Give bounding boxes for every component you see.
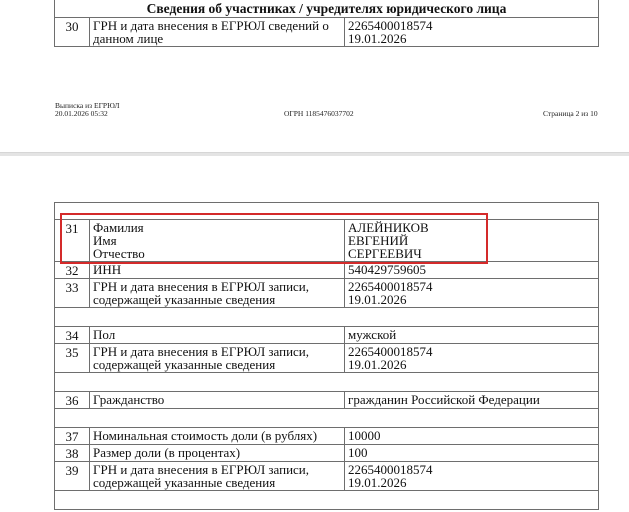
footer-datetime: 20.01.2026 05:32 (55, 110, 120, 118)
table-row-share-percent: 38 Размер доли (в процентах) 100 (55, 445, 599, 462)
row-value: 2265400018574 19.01.2026 (345, 18, 599, 47)
row-label: Номинальная стоимость доли (в рублях) (90, 428, 345, 445)
label-line: содержащей указанные сведения (93, 293, 341, 306)
row-label: Фамилия Имя Отчество (90, 220, 345, 262)
row-label: Размер доли (в процентах) (90, 445, 345, 462)
table-row: 35 ГРН и дата внесения в ЕГРЮЛ записи, с… (55, 344, 599, 373)
row-number: 31 (55, 220, 90, 262)
table-row: 30 ГРН и дата внесения в ЕГРЮЛ сведений … (55, 18, 599, 47)
row-label: Гражданство (90, 392, 345, 409)
date-value: 19.01.2026 (348, 358, 595, 371)
document-page-2: 31 Фамилия Имя Отчество АЛЕЙНИКОВ ЕВГЕНИ… (0, 156, 629, 512)
row-value: гражданин Российской Федерации (345, 392, 599, 409)
row-value: 10000 (345, 428, 599, 445)
row-value: 2265400018574 19.01.2026 (345, 279, 599, 308)
row-value: 2265400018574 19.01.2026 (345, 462, 599, 491)
table-row-citizenship: 36 Гражданство гражданин Российской Феде… (55, 392, 599, 409)
row-number: 32 (55, 262, 90, 279)
participants-table-page-2: 31 Фамилия Имя Отчество АЛЕЙНИКОВ ЕВГЕНИ… (54, 202, 599, 510)
blank-row (55, 203, 599, 220)
row-value: 540429759605 (345, 262, 599, 279)
label-line: содержащей указанные сведения (93, 476, 341, 489)
blank-row (55, 308, 599, 327)
date-value: 19.01.2026 (348, 476, 595, 489)
row-label: ГРН и дата внесения в ЕГРЮЛ сведений о д… (90, 18, 345, 47)
row-number: 34 (55, 327, 90, 344)
row-number: 30 (55, 18, 90, 47)
participants-table-page-1: Сведения об участниках / учредителях юри… (54, 0, 599, 47)
date-value: 19.01.2026 (348, 293, 595, 306)
value-patronymic: СЕРГЕЕВИЧ (348, 247, 595, 260)
blank-row (55, 409, 599, 428)
table-row-nominal-value: 37 Номинальная стоимость доли (в рублях)… (55, 428, 599, 445)
row-value: мужской (345, 327, 599, 344)
row-label: ГРН и дата внесения в ЕГРЮЛ записи, соде… (90, 279, 345, 308)
blank-row (55, 491, 599, 510)
footer-document-info: Выписка из ЕГРЮЛ 20.01.2026 05:32 (55, 102, 120, 118)
table-row: 33 ГРН и дата внесения в ЕГРЮЛ записи, с… (55, 279, 599, 308)
row-label: Пол (90, 327, 345, 344)
row-number: 36 (55, 392, 90, 409)
row-number: 37 (55, 428, 90, 445)
table-row: 39 ГРН и дата внесения в ЕГРЮЛ записи, с… (55, 462, 599, 491)
section-title: Сведения об участниках / учредителях юри… (55, 0, 599, 18)
label-patronymic: Отчество (93, 247, 341, 260)
row-number: 38 (55, 445, 90, 462)
label-line: данном лице (93, 32, 341, 45)
section-header-row: Сведения об участниках / учредителях юри… (55, 0, 599, 18)
footer-page-number: Страница 2 из 10 (543, 110, 598, 118)
label-line: содержащей указанные сведения (93, 358, 341, 371)
document-page-1: Сведения об участниках / учредителях юри… (0, 0, 629, 152)
row-label: ГРН и дата внесения в ЕГРЮЛ записи, соде… (90, 462, 345, 491)
row-number: 39 (55, 462, 90, 491)
table-row-fio: 31 Фамилия Имя Отчество АЛЕЙНИКОВ ЕВГЕНИ… (55, 220, 599, 262)
row-value: 2265400018574 19.01.2026 (345, 344, 599, 373)
row-label: ГРН и дата внесения в ЕГРЮЛ записи, соде… (90, 344, 345, 373)
blank-row (55, 373, 599, 392)
row-value: 100 (345, 445, 599, 462)
label-surname: Фамилия (93, 221, 341, 234)
table-row-inn: 32 ИНН 540429759605 (55, 262, 599, 279)
row-number: 35 (55, 344, 90, 373)
footer-ogrn: ОГРН 1185476037702 (284, 110, 354, 118)
date-value: 19.01.2026 (348, 32, 595, 45)
row-value: АЛЕЙНИКОВ ЕВГЕНИЙ СЕРГЕЕВИЧ (345, 220, 599, 262)
table-row-gender: 34 Пол мужской (55, 327, 599, 344)
row-number: 33 (55, 279, 90, 308)
row-label: ИНН (90, 262, 345, 279)
